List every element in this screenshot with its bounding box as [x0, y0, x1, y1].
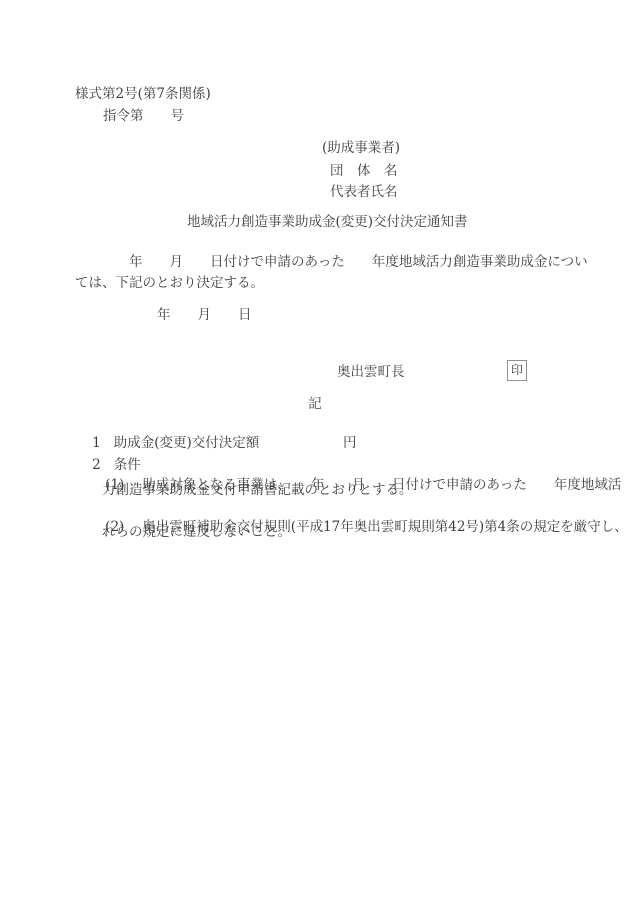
representative-name-label: 代表者氏名	[330, 184, 398, 200]
body-paragraph-line-1: 年 月 日付けで申請のあった 年度地域活力創造事業助成金につい	[75, 254, 588, 270]
body-paragraph-line-2: ては、下記のとおり決定する。	[75, 275, 264, 291]
signer-title: 奥出雲町長	[337, 364, 405, 380]
seal-box: 印	[507, 360, 527, 381]
form-number: 様式第2号(第7条関係)	[75, 86, 211, 102]
notice-marker: 記	[0, 396, 630, 412]
item-1-unit: 円	[343, 435, 357, 451]
condition-2-line-2: れらの規定に違反しないこと。	[102, 524, 291, 540]
recipient-label: (助成事業者)	[322, 140, 400, 156]
directive-number-line: 指令第 号	[103, 108, 184, 124]
document-title: 地域活力創造事業助成金(変更)交付決定通知書	[187, 214, 468, 230]
condition-1-line-2: 力創造事業助成金交付申請書記載のとおりとする。	[102, 482, 413, 498]
organization-name-label: 団 体 名	[330, 163, 398, 179]
document-page: 様式第2号(第7条関係) 指令第 号 (助成事業者) 団 体 名 代表者氏名 地…	[0, 0, 630, 915]
issue-date-line: 年 月 日	[157, 307, 252, 323]
